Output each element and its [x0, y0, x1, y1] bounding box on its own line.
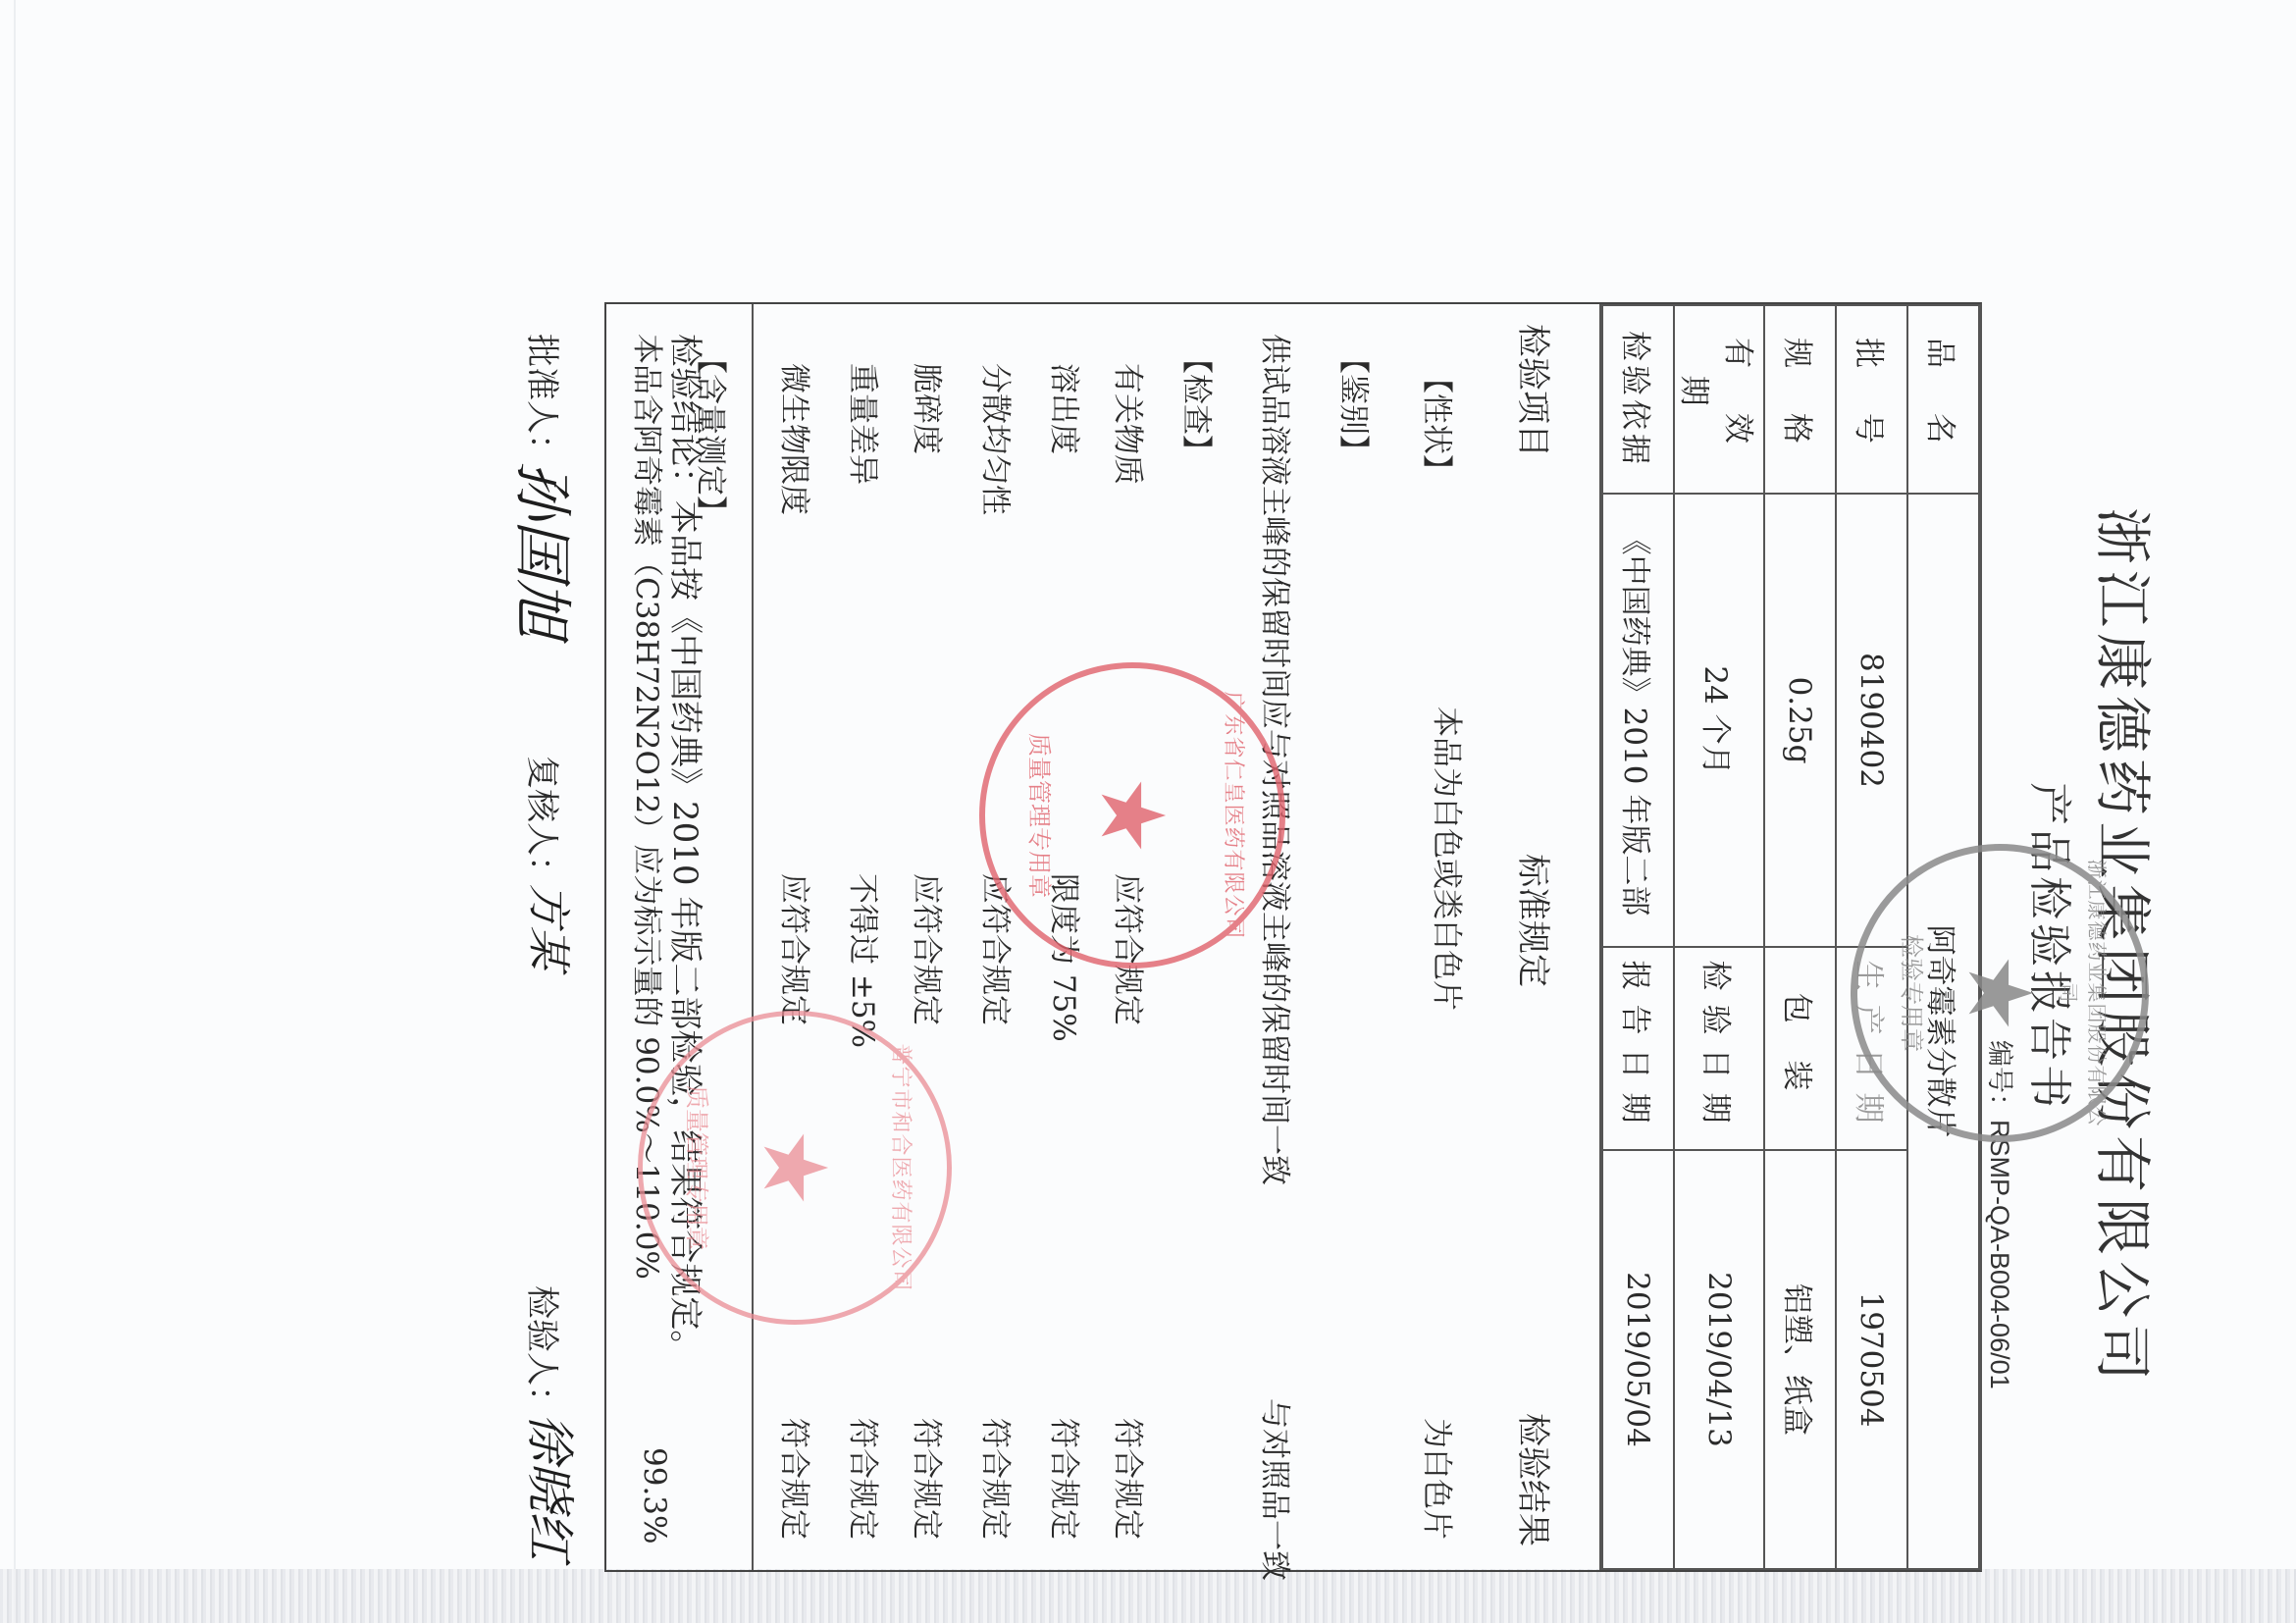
scan-edge: [14, 0, 16, 1623]
star-icon: ★: [1081, 776, 1184, 856]
result-value: 符合规定: [976, 1418, 1020, 1540]
standard-value: 应符合规定: [908, 873, 952, 1025]
document-number-value: RSMP-QA-B004-06/01: [1985, 1120, 2014, 1389]
result-value: 与对照品一致: [1256, 1398, 1300, 1581]
info-row: 有 效 期 24 个月 检验日期 2019/04/13: [1674, 305, 1764, 1569]
standard-value: 应符合规定: [775, 873, 819, 1025]
inspection-stamp: 浙江康德药业集团股份有限公司 ★ 检验专用章: [1851, 844, 2149, 1142]
reviewer-signature: 方某: [521, 883, 584, 969]
section-heading: 【检查】: [1177, 343, 1222, 465]
stamp-inner-text: 质量管理专用章: [1024, 668, 1059, 963]
specification: 0.25g: [1764, 494, 1836, 947]
shelf-life: 24 个月: [1674, 494, 1764, 947]
result-value: 为白色片: [1418, 1418, 1462, 1540]
production-date: 1970504: [1836, 1150, 1907, 1569]
info-label-2: 报告日期: [1602, 947, 1674, 1150]
test-item: 重量差异: [844, 363, 888, 485]
test-item: 微生物限度: [775, 363, 819, 515]
stamp-inner-text: 质量管理专用章: [682, 1016, 716, 1320]
conclusion-box: 检验结论：本品按《中国药典》2010 年版二部检验，结果符合规定。: [614, 304, 754, 1570]
inspector-label: 检验人：: [521, 1285, 569, 1419]
info-label: 有 效 期: [1674, 305, 1764, 494]
header-item: 检验项目: [1512, 324, 1560, 457]
report-frame: 品 名 阿奇霉素分散片 批 号 8190402 生产日期 1970504 规 格…: [604, 302, 1982, 1572]
info-label: 检验依据: [1602, 305, 1674, 494]
star-icon: ★: [1949, 954, 2052, 1033]
inspection-date: 2019/04/13: [1674, 1150, 1764, 1569]
info-label-2: 检验日期: [1674, 947, 1764, 1150]
stamp-ring-text: 广东省仁皇医药有限公司: [1220, 668, 1250, 963]
test-item: 有关物质: [1109, 363, 1153, 485]
section-heading: 【性状】: [1418, 363, 1462, 485]
test-item: 脆碎度: [908, 363, 952, 454]
approver-label: 批准人：: [521, 334, 569, 467]
quality-stamp: 广东省仁皇医药有限公司 ★ 质量管理专用章: [979, 662, 1285, 969]
stamp-ring-text: 浙江康德药业集团股份有限公司: [2056, 851, 2113, 1135]
standard-value: 本品为白色或类白色片: [1428, 707, 1472, 1011]
approver-signature: 孙国旭: [504, 461, 589, 638]
packaging: 铝塑、纸盒: [1764, 1150, 1836, 1569]
info-label-2: 包 装: [1764, 947, 1836, 1150]
report-date: 2019/05/04: [1602, 1150, 1674, 1569]
star-icon: ★: [744, 1128, 847, 1208]
inspection-basis: 《中国药典》2010 年版二部: [1602, 494, 1674, 947]
result-value: 符合规定: [1109, 1418, 1153, 1540]
info-row: 规 格 0.25g 包 装 铝塑、纸盒: [1764, 305, 1836, 1569]
stamp-ring-text: 普宁市和合医药有限公司: [887, 1016, 917, 1320]
result-value: 符合规定: [775, 1418, 819, 1540]
test-item: 溶出度: [1045, 363, 1089, 454]
info-row: 检验依据 《中国药典》2010 年版二部 报告日期 2019/05/04: [1602, 305, 1674, 1569]
result-value: 符合规定: [908, 1418, 952, 1540]
result-value: 符合规定: [844, 1418, 888, 1540]
inspection-report-page: 浙江康德药业集团股份有限公司 产品检验报告书 编号：RSMP-QA-B004-0…: [226, 294, 2168, 1599]
result-value: 符合规定: [1045, 1418, 1089, 1540]
pharma-stamp: 普宁市和合医药有限公司 ★ 质量管理专用章: [638, 1011, 952, 1325]
header-result: 检验结果: [1512, 1413, 1560, 1546]
reviewer-label: 复核人：: [521, 756, 569, 889]
stamp-inner-text: 检验专用章: [1897, 851, 1931, 1135]
info-label: 规 格: [1764, 305, 1836, 494]
info-label: 批 号: [1836, 305, 1907, 494]
inspector-signature: 徐晓红: [518, 1413, 589, 1560]
info-label: 品 名: [1907, 305, 1979, 494]
header-standard: 标准规定: [1512, 854, 1560, 987]
test-item: 分散均匀性: [976, 363, 1020, 515]
section-heading: 【鉴别】: [1334, 343, 1379, 465]
